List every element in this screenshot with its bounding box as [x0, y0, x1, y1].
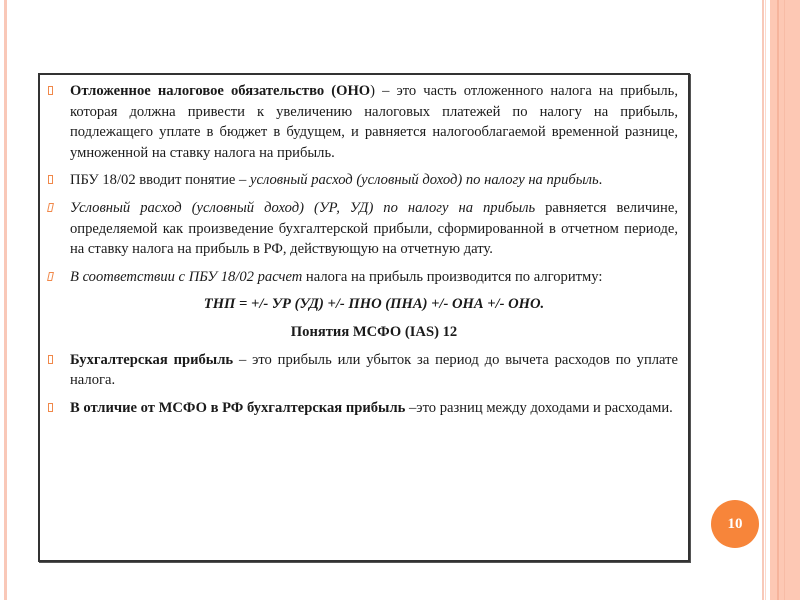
bullet-icon [48, 403, 53, 412]
term-accounting-profit: Бухгалтерская прибыль [70, 352, 233, 368]
bullet-icon [48, 175, 53, 184]
conditional-expense-term: Условный расход (условный доход) (УР, УД… [70, 200, 535, 216]
paragraph-pbu-concept: ПБУ 18/02 вводит понятие – условный расх… [48, 170, 678, 191]
paragraph-accounting-profit: Бухгалтерская прибыль – это прибыль или … [48, 350, 678, 391]
bullet-icon [48, 355, 53, 364]
decorative-right-stripes [762, 0, 800, 600]
bullet-icon [48, 86, 53, 95]
slide: Отложенное налоговое обязательство (ОНО)… [0, 0, 800, 600]
page-number-badge: 10 [711, 500, 759, 548]
paragraph-rf-difference: В отличие от МСФО в РФ бухгалтерская при… [48, 398, 678, 419]
paragraph-conditional-expense: Условный расход (условный доход) (УР, УД… [48, 198, 678, 260]
conditional-expense-term: условный расход (условный доход) по нало… [250, 172, 599, 188]
algorithm-intro-italic: В соответствии с ПБУ 18/02 расчет [70, 269, 302, 285]
term-oho: Отложенное налоговое обязательство (ОНО [70, 83, 370, 99]
bullet-icon [47, 203, 54, 212]
section-heading: Понятия МСФО (IAS) 12 [48, 322, 678, 343]
decorative-left-stripe [4, 0, 7, 600]
paragraph-oho-definition: Отложенное налоговое обязательство (ОНО)… [48, 81, 678, 163]
paragraph-algorithm: В соответствии с ПБУ 18/02 расчет налога… [48, 267, 678, 288]
rf-difference-text: –это разниц между доходами и расходами. [405, 400, 672, 416]
pbu-intro-text: ПБУ 18/02 вводит понятие – [70, 172, 250, 188]
tax-formula: ТНП = +/- УР (УД) +/- ПНО (ПНА) +/- ОНА … [48, 294, 678, 315]
bullet-icon [47, 272, 54, 281]
term-rf-difference: В отличие от МСФО в РФ бухгалтерская при… [70, 400, 405, 416]
content-frame: Отложенное налоговое обязательство (ОНО)… [38, 73, 690, 562]
algorithm-intro-text: налога на прибыль производится по алгори… [302, 269, 602, 285]
